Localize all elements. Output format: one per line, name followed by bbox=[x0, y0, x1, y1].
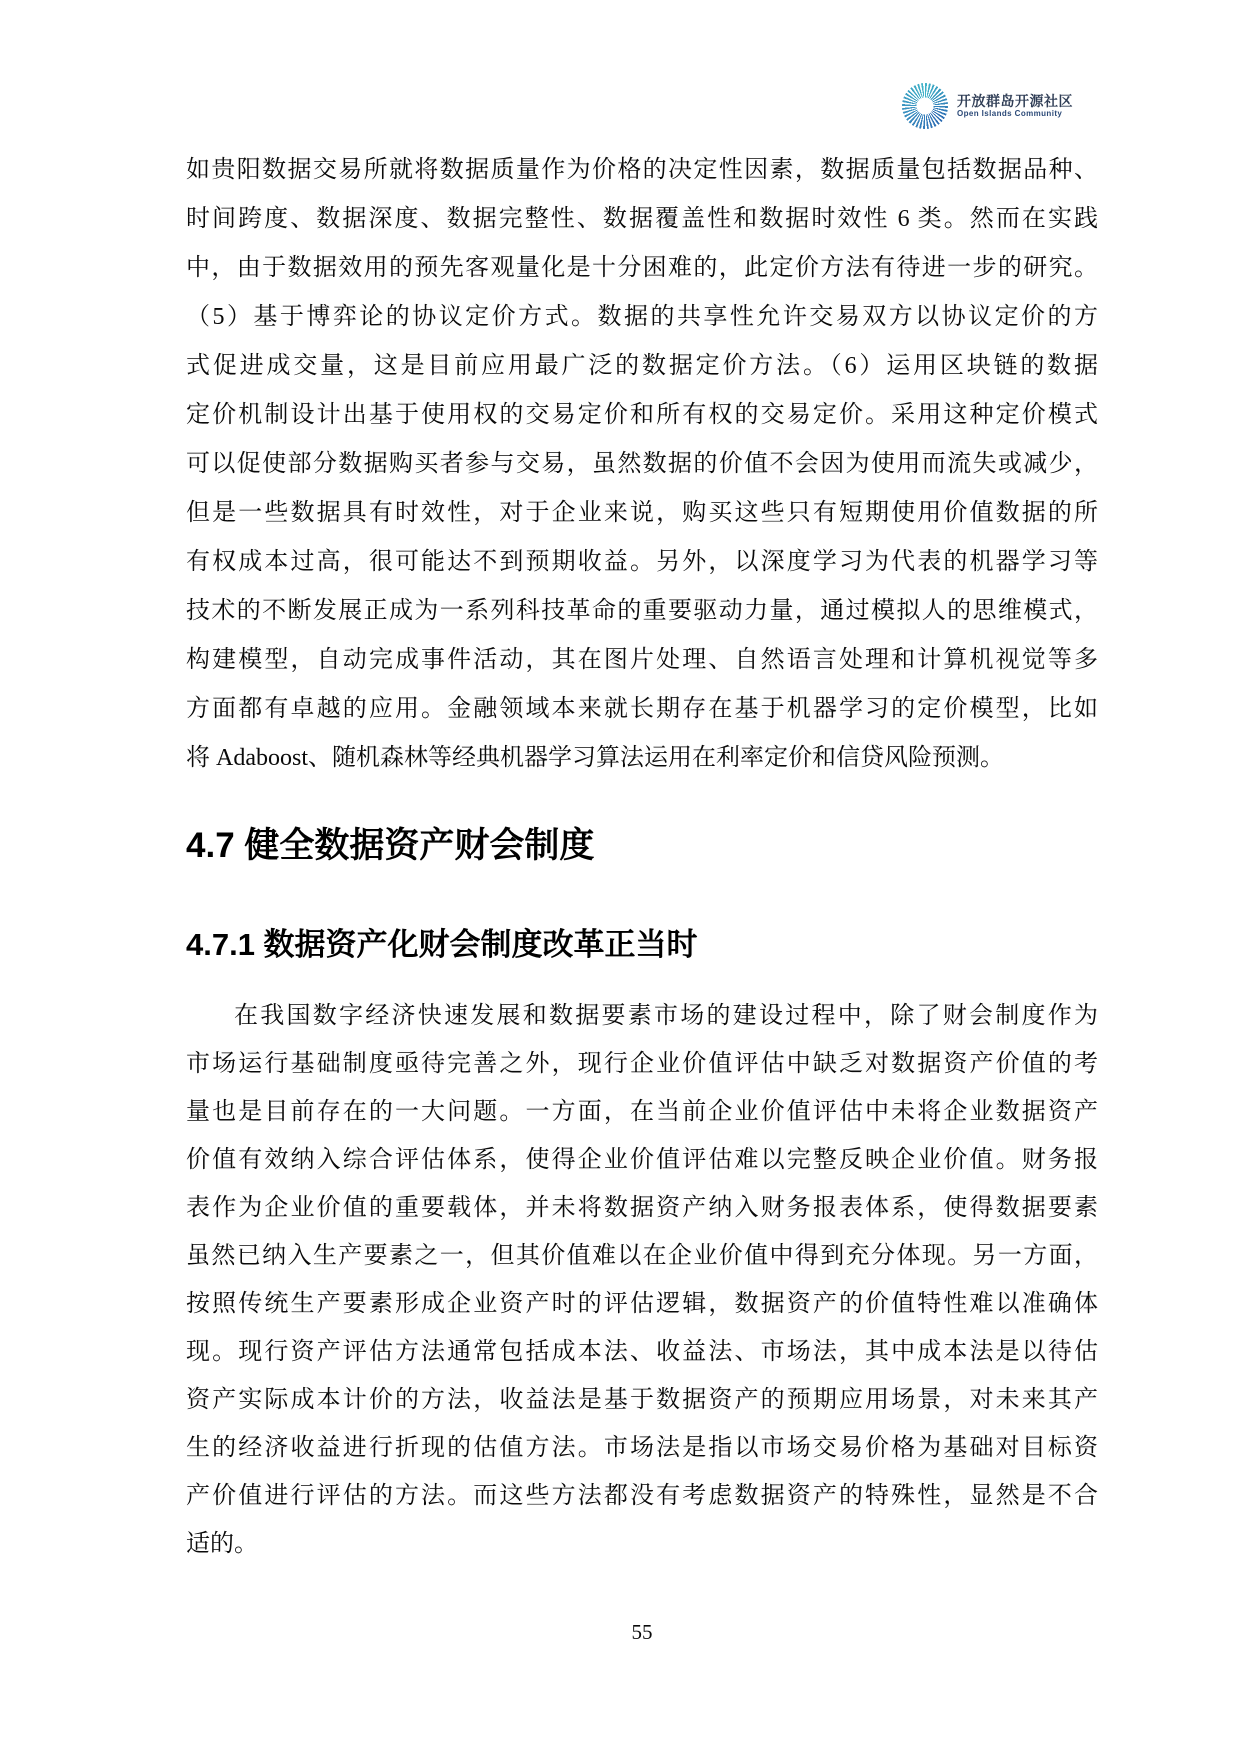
logo-title-en: Open Islands Community bbox=[957, 109, 1073, 118]
body-line: 适的。 bbox=[186, 1520, 1098, 1568]
body-line: 表作为企业价值的重要载体，并未将数据资产纳入财务报表体系，使得数据要素 bbox=[186, 1184, 1098, 1232]
org-logo: 开放群岛开源社区 Open Islands Community bbox=[902, 83, 1073, 129]
body-line: 价值有效纳入综合评估体系，使得企业价值评估难以完整反映企业价值。财务报 bbox=[186, 1136, 1098, 1184]
starburst-icon bbox=[902, 83, 948, 129]
body-line: 量也是目前存在的一大问题。一方面，在当前企业价值评估中未将企业数据资产 bbox=[186, 1088, 1098, 1136]
logo-text: 开放群岛开源社区 Open Islands Community bbox=[957, 93, 1073, 118]
body-line: 有权成本过高，很可能达不到预期收益。另外，以深度学习为代表的机器学习等 bbox=[186, 538, 1098, 587]
body-line: 按照传统生产要素形成企业资产时的评估逻辑，数据资产的价值特性难以准确体 bbox=[186, 1280, 1098, 1328]
body-line: 如贵阳数据交易所就将数据质量作为价格的决定性因素，数据质量包括数据品种、 bbox=[186, 146, 1098, 195]
section-heading-4-7: 4.7 健全数据资产财会制度 bbox=[186, 821, 1098, 870]
body-line: 将 Adaboost、随机森林等经典机器学习算法运用在利率定价和信贷风险预测。 bbox=[186, 734, 1098, 783]
body-line: 现。现行资产评估方法通常包括成本法、收益法、市场法，其中成本法是以待估 bbox=[186, 1328, 1098, 1376]
logo-title-zh: 开放群岛开源社区 bbox=[957, 93, 1073, 109]
body-line: 资产实际成本计价的方法，收益法是基于数据资产的预期应用场景，对未来其产 bbox=[186, 1376, 1098, 1424]
body-line: 构建模型，自动完成事件活动，其在图片处理、自然语言处理和计算机视觉等多 bbox=[186, 636, 1098, 685]
body-line: 方面都有卓越的应用。金融领域本来就长期存在基于机器学习的定价模型，比如 bbox=[186, 685, 1098, 734]
section-heading-4-7-1: 4.7.1 数据资产化财会制度改革正当时 bbox=[186, 920, 1098, 969]
body-line: 虽然已纳入生产要素之一，但其价值难以在企业价值中得到充分体现。另一方面， bbox=[186, 1232, 1098, 1280]
body-line: 技术的不断发展正成为一系列科技革命的重要驱动力量，通过模拟人的思维模式， bbox=[186, 587, 1098, 636]
body-line: （5）基于博弈论的协议定价方式。数据的共享性允许交易双方以协议定价的方 bbox=[186, 293, 1098, 342]
body-line: 市场运行基础制度亟待完善之外，现行企业价值评估中缺乏对数据资产价值的考 bbox=[186, 1040, 1098, 1088]
body-line: 在我国数字经济快速发展和数据要素市场的建设过程中，除了财会制度作为 bbox=[186, 992, 1098, 1040]
body-line: 但是一些数据具有时效性，对于企业来说，购买这些只有短期使用价值数据的所 bbox=[186, 489, 1098, 538]
body-line: 产价值进行评估的方法。而这些方法都没有考虑数据资产的特殊性，显然是不合 bbox=[186, 1472, 1098, 1520]
body-line: 生的经济收益进行折现的估值方法。市场法是指以市场交易价格为基础对目标资 bbox=[186, 1424, 1098, 1472]
body-line: 定价机制设计出基于使用权的交易定价和所有权的交易定价。采用这种定价模式 bbox=[186, 391, 1098, 440]
page-number: 55 bbox=[186, 1618, 1098, 1646]
body-line: 时间跨度、数据深度、数据完整性、数据覆盖性和数据时效性 6 类。然而在实践 bbox=[186, 195, 1098, 244]
body-line: 可以促使部分数据购买者参与交易，虽然数据的价值不会因为使用而流失或减少， bbox=[186, 440, 1098, 489]
body-line: 中，由于数据效用的预先客观量化是十分困难的，此定价方法有待进一步的研究。 bbox=[186, 244, 1098, 293]
paragraph-pricing-methods: 如贵阳数据交易所就将数据质量作为价格的决定性因素，数据质量包括数据品种、 时间跨… bbox=[186, 146, 1098, 783]
body-line: 式促进成交量，这是目前应用最广泛的数据定价方法。（6）运用区块链的数据 bbox=[186, 342, 1098, 391]
document-page: 开放群岛开源社区 Open Islands Community 如贵阳数据交易所… bbox=[0, 0, 1240, 1753]
paragraph-accounting-reform: 在我国数字经济快速发展和数据要素市场的建设过程中，除了财会制度作为 市场运行基础… bbox=[186, 992, 1098, 1568]
